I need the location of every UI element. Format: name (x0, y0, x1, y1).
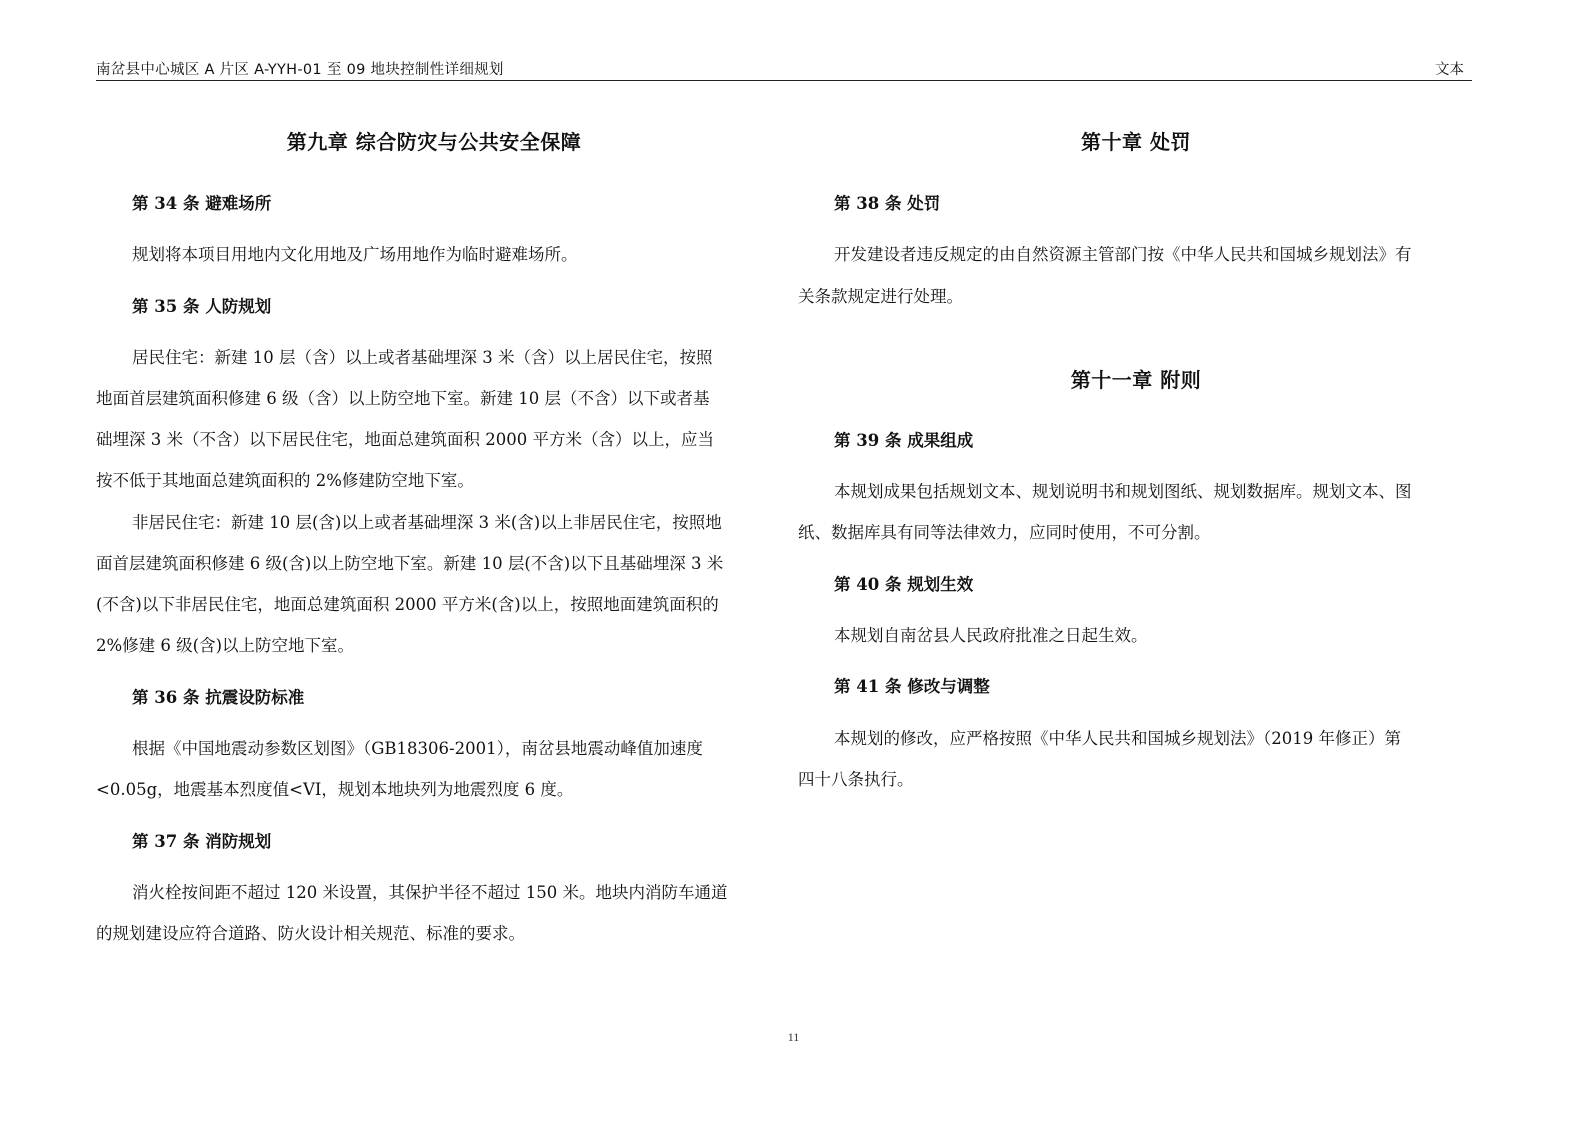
article-35-para-1-line: 础埋深 3 米（不含）以下居民住宅，地面总建筑面积 2000 平方米（含）以上，… (96, 426, 714, 450)
running-header: 南岔县中心城区 A 片区 A-YYH-01 至 09 地块控制性详细规划 文本 (96, 56, 1472, 81)
article-34-text: 规划将本项目用地内文化用地及广场用地作为临时避难场所。 (132, 241, 578, 265)
article-39-heading: 第 39 条 成果组成 (834, 427, 973, 451)
article-38-line: 开发建设者违反规定的由自然资源主管部门按《中华人民共和国城乡规划法》有 (834, 241, 1412, 265)
article-38-heading: 第 38 条 处罚 (834, 190, 940, 214)
article-40-heading: 第 40 条 规划生效 (834, 571, 973, 595)
section-label: 文本 (1435, 58, 1464, 79)
article-36-line: <0.05g，地震基本烈度值<VI，规划本地块列为地震烈度 6 度。 (96, 776, 573, 800)
article-37-heading: 第 37 条 消防规划 (132, 828, 271, 852)
article-40-line: 本规划自南岔县人民政府批准之日起生效。 (834, 622, 1148, 646)
article-39-line: 纸、数据库具有同等法律效力，应同时使用，不可分割。 (798, 519, 1211, 543)
chapter-11-title: 第十一章 附则 (798, 364, 1474, 393)
article-35-para-2-line: 2%修建 6 级(含)以上防空地下室。 (96, 632, 354, 656)
article-37-line: 的规划建设应符合道路、防火设计相关规范、标准的要求。 (96, 920, 525, 944)
article-41-line: 本规划的修改，应严格按照《中华人民共和国城乡规划法》（2019 年修正）第 (834, 725, 1401, 749)
article-36-line: 根据《中国地震动参数区划图》（GB18306-2001），南岔县地震动峰值加速度 (132, 735, 703, 759)
article-36-heading: 第 36 条 抗震设防标准 (132, 684, 304, 708)
article-38-line: 关条款规定进行处理。 (798, 283, 963, 307)
article-35-para-2-line: 面首层建筑面积修建 6 级(含)以上防空地下室。新建 10 层(不含)以下且基础… (96, 550, 723, 574)
article-35-para-1-line: 居民住宅：新建 10 层（含）以上或者基础埋深 3 米（含）以上居民住宅，按照 (132, 344, 712, 368)
article-39-line: 本规划成果包括规划文本、规划说明书和规划图纸、规划数据库。规划文本、图 (834, 478, 1412, 502)
article-35-para-1-line: 按不低于其地面总建筑面积的 2%修建防空地下室。 (96, 467, 474, 491)
article-41-heading: 第 41 条 修改与调整 (834, 673, 990, 697)
chapter-10-title: 第十章 处罚 (798, 126, 1474, 155)
chapter-9-title: 第九章 综合防灾与公共安全保障 (96, 126, 772, 155)
page-number: 11 (0, 1030, 1587, 1045)
article-37-line: 消火栓按间距不超过 120 米设置，其保护半径不超过 150 米。地块内消防车通… (132, 879, 727, 903)
document-title: 南岔县中心城区 A 片区 A-YYH-01 至 09 地块控制性详细规划 (96, 58, 504, 79)
document-page: 南岔县中心城区 A 片区 A-YYH-01 至 09 地块控制性详细规划 文本 … (0, 0, 1587, 1122)
article-35-para-2-line: (不含)以下非居民住宅，地面总建筑面积 2000 平方米(含)以上，按照地面建筑… (96, 591, 719, 615)
article-35-heading: 第 35 条 人防规划 (132, 293, 271, 317)
article-34-heading: 第 34 条 避难场所 (132, 190, 271, 214)
article-41-line: 四十八条执行。 (798, 766, 914, 790)
article-35-para-2-line: 非居民住宅：新建 10 层(含)以上或者基础埋深 3 米(含)以上非居民住宅，按… (132, 509, 722, 533)
article-35-para-1-line: 地面首层建筑面积修建 6 级（含）以上防空地下室。新建 10 层（不含）以下或者… (96, 385, 709, 409)
